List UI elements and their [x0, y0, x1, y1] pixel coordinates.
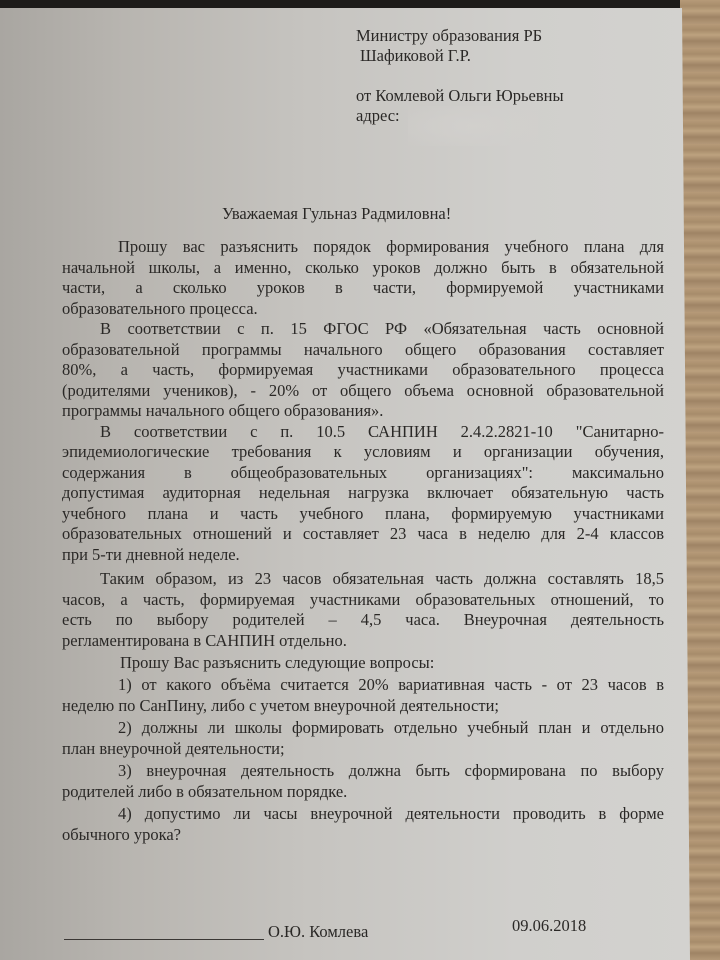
question-2-line-2: план внеурочной деятельности;: [62, 739, 664, 760]
question-4-line-1: 4) допустимо ли часы внеурочной деятельн…: [118, 804, 664, 825]
recipient-line-1: Министру образования РБ: [356, 26, 542, 46]
redacted-address: [408, 106, 538, 146]
p2-line-4: (родителями учеников), - 20% от общего о…: [62, 381, 664, 402]
p2-line-3: 80%, а часть, формируемая участниками об…: [62, 360, 664, 381]
sender-line: от Комлевой Ольги Юрьевны: [356, 86, 564, 106]
question-3-line-1: 3) внеурочная деятельность должна быть с…: [118, 761, 664, 782]
question-2-line-1: 2) должны ли школы формировать отдельно …: [118, 718, 664, 739]
p4-line-4: регламентирована в САНПИН отдельно.: [62, 631, 664, 652]
p3-line-4: допустимая аудиторная недельная нагрузка…: [62, 483, 664, 504]
p1-line-2: начальной школы, а именно, сколько уроко…: [62, 258, 664, 279]
p3-line-1: В соответствии с п. 10.5 САНПИН 2.4.2.28…: [100, 422, 664, 443]
salutation: Уважаемая Гульназ Радмиловна!: [222, 204, 451, 224]
p2-line-5: программы начального общего образования»…: [62, 401, 664, 422]
p2-line-1: В соответствии с п. 15 ФГОС РФ «Обязател…: [100, 319, 664, 340]
letter-page: Министру образования РБ Шафиковой Г.Р. о…: [0, 8, 690, 960]
p4-line-3: есть по выбору родителей – 4,5 часа. Вне…: [62, 610, 664, 631]
question-3-line-2: родителей либо в обязательном порядке.: [62, 782, 664, 803]
signature-line: [64, 939, 264, 940]
question-1-line-2: неделю по СанПину, либо с учетом внеуроч…: [62, 696, 664, 717]
p3-line-5: учебного плана и часть учебного плана, ф…: [62, 504, 664, 525]
p1-line-1: Прошу вас разъяснить порядок формировани…: [118, 237, 664, 258]
question-4-line-2: обычного урока?: [62, 825, 664, 846]
address-label: адрес:: [356, 106, 400, 126]
signature-date: 09.06.2018: [512, 916, 586, 936]
p2-line-2: образовательной программы начального общ…: [62, 340, 664, 361]
dark-top-edge: [0, 0, 720, 8]
recipient-line-2: Шафиковой Г.Р.: [360, 46, 471, 66]
signature-name: О.Ю. Комлева: [268, 922, 368, 942]
p4-line-1: Таким образом, из 23 часов обязательная …: [100, 569, 664, 590]
question-1-line-1: 1) от какого объёма считается 20% вариат…: [118, 675, 664, 696]
p1-line-3: части, а сколько уроков в части, формиру…: [62, 278, 664, 299]
p3-line-3: содержания в общеобразовательных организ…: [62, 463, 664, 484]
p3-line-7: при 5-ти дневной неделе.: [62, 545, 664, 566]
p1-line-4: образовательного процесса.: [62, 299, 664, 320]
p3-line-2: эпидемиологические требования к условиям…: [62, 442, 664, 463]
p4-line-2: часов, а часть, формируемая участниками …: [62, 590, 664, 611]
p3-line-6: образовательных отношений и составляет 2…: [62, 524, 664, 545]
questions-intro: Прошу Вас разъяснить следующие вопросы:: [120, 653, 434, 673]
